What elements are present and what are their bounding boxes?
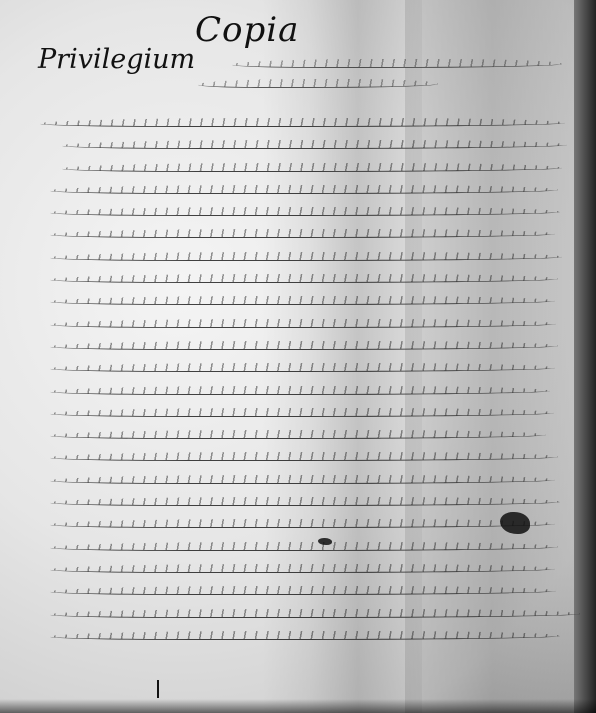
- handwritten-body: [40, 110, 570, 645]
- ink-stroke: [157, 680, 159, 698]
- heading-copia: Copia: [195, 10, 299, 50]
- paper-edge-bottom: [0, 699, 596, 713]
- paper-edge-right: [574, 0, 596, 713]
- title-privilegium: Privilegium: [38, 44, 195, 75]
- document-photo: Copia Privilegium: [0, 0, 596, 713]
- ink-blot-small: [318, 538, 332, 545]
